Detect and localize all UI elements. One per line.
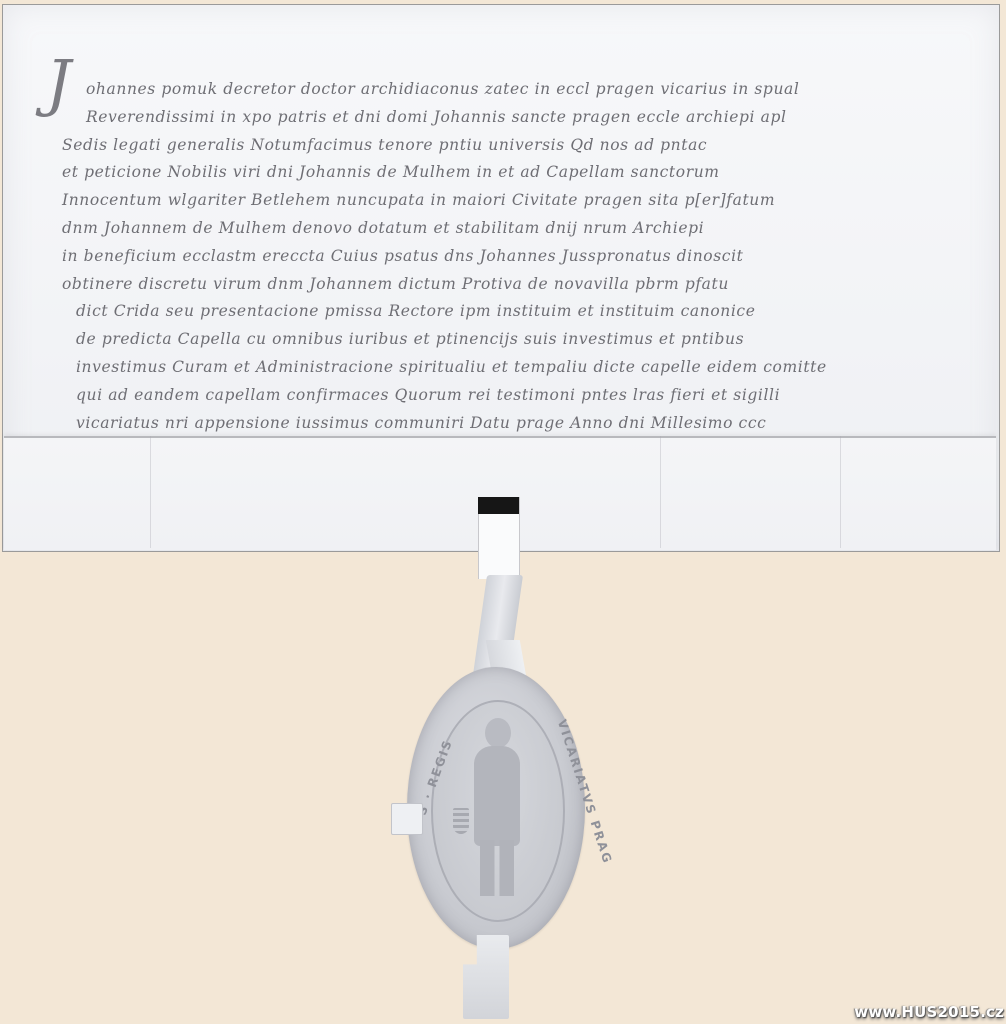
seal-bottom-tab <box>463 935 509 1019</box>
seal-figure-legs <box>480 840 514 896</box>
text-line: investimus Curam et Administracione spir… <box>76 354 946 382</box>
fold-crease <box>150 436 151 548</box>
seal-shield-icon <box>453 808 469 834</box>
text-line: dnm Johannem de Mulhem denovo dotatum et… <box>62 215 946 243</box>
text-line: de predicta Capella cu omnibus iuribus e… <box>76 326 946 354</box>
text-line: ohannes pomuk decretor doctor archidiaco… <box>86 76 946 104</box>
fold-crease <box>840 436 841 548</box>
tag-slot <box>478 497 519 514</box>
charter-text: ohannes pomuk decretor doctor archidiaco… <box>86 76 946 465</box>
text-line: Innocentum wlgariter Betlehem nuncupata … <box>62 187 946 215</box>
site-watermark: www.HUS2015.cz <box>854 1003 1004 1021</box>
text-line: qui ad eandem capellam confirmaces Quoru… <box>76 382 946 410</box>
seal-figure-head <box>485 718 511 748</box>
text-line: et peticione Nobilis viri dni Johannis d… <box>62 159 946 187</box>
text-line: vicariatus nri appensione iussimus commu… <box>76 410 946 438</box>
text-line: obtinere discretu virum dnm Johannem dic… <box>62 271 946 299</box>
seal-side-tab <box>391 803 423 835</box>
text-line: Reverendissimi in xpo patris et dni domi… <box>86 104 946 132</box>
fold-crease <box>660 436 661 548</box>
decorated-initial: J <box>46 52 71 114</box>
text-line: Sedis legati generalis Notumfacimus teno… <box>62 132 946 160</box>
text-line: dict Crida seu presentacione pmissa Rect… <box>76 298 946 326</box>
seal-figure-body <box>474 746 520 846</box>
text-line: in beneficium ecclastm ereccta Cuius psa… <box>62 243 946 271</box>
